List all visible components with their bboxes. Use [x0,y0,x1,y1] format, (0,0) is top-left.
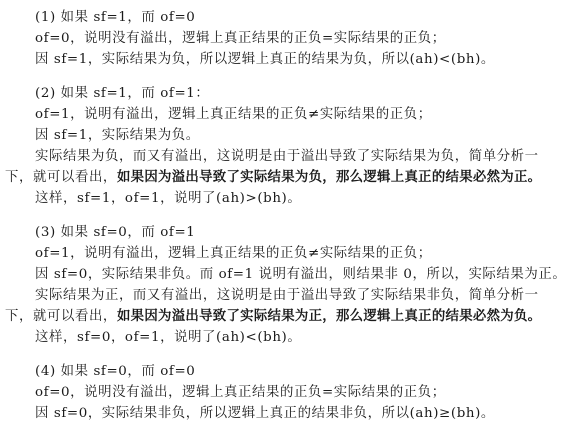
section-3-line-1: of=1，说明有溢出，逻辑上真正结果的正负≠实际结果的正负； [35,244,432,264]
section-1-line-2: 因 sf=1，实际结果为负，所以逻辑上真正的结果为负，所以(ah)<(bh)。 [35,50,495,70]
section-2-heading: (2) 如果 sf=1，而 of=1： [35,84,209,104]
section-2-bold-conclusion: 如果因为溢出导致了实际结果为负，那么逻辑上真正的结果必然为正。 [117,170,541,185]
section-1-line-1: of=0，说明没有溢出，逻辑上真正结果的正负=实际结果的正负； [35,29,446,49]
section-3-line-2: 因 sf=0，实际结果非负。而 of=1 说明有溢出，则结果非 0，所以，实际结… [35,265,566,285]
section-2-wrap-prefix: 下，就可以看出， [5,170,117,185]
section-4-line-2: 因 sf=0，实际结果非负，所以逻辑上真正的结果非负，所以(ah)≥(bh)。 [35,404,495,424]
section-3-line-3: 实际结果为正，而又有溢出，这说明是由于溢出导致了实际结果非负，简单分析一 [35,286,539,306]
section-3-wrap-prefix: 下，就可以看出， [5,309,117,324]
section-2-line-4: 下，就可以看出，如果因为溢出导致了实际结果为负，那么逻辑上真正的结果必然为正。 [5,168,541,188]
section-2-line-1: of=1，说明有溢出，逻辑上真正结果的正负≠实际结果的正负； [35,105,432,125]
section-3-conclusion: 这样，sf=0，of=1，说明了(ah)<(bh)。 [35,328,301,348]
section-3-heading: (3) 如果 sf=0，而 of=1 [35,223,195,243]
section-4-heading: (4) 如果 sf=0，而 of=0 [35,362,195,382]
section-4-line-1: of=0，说明没有溢出，逻辑上真正结果的正负=实际结果的正负； [35,383,446,403]
section-2-conclusion: 这样，sf=1，of=1，说明了(ah)>(bh)。 [35,189,301,209]
section-3-line-4: 下，就可以看出，如果因为溢出导致了实际结果为正，那么逻辑上真正的结果必然为负。 [5,307,541,327]
section-2-line-3: 实际结果为负，而又有溢出，这说明是由于溢出导致了实际结果为负，简单分析一 [35,147,539,167]
section-1-heading: (1) 如果 sf=1，而 of=0 [35,8,195,28]
section-2-line-2: 因 sf=1，实际结果为负。 [35,126,200,146]
section-3-bold-conclusion: 如果因为溢出导致了实际结果为正，那么逻辑上真正的结果必然为负。 [117,309,541,324]
